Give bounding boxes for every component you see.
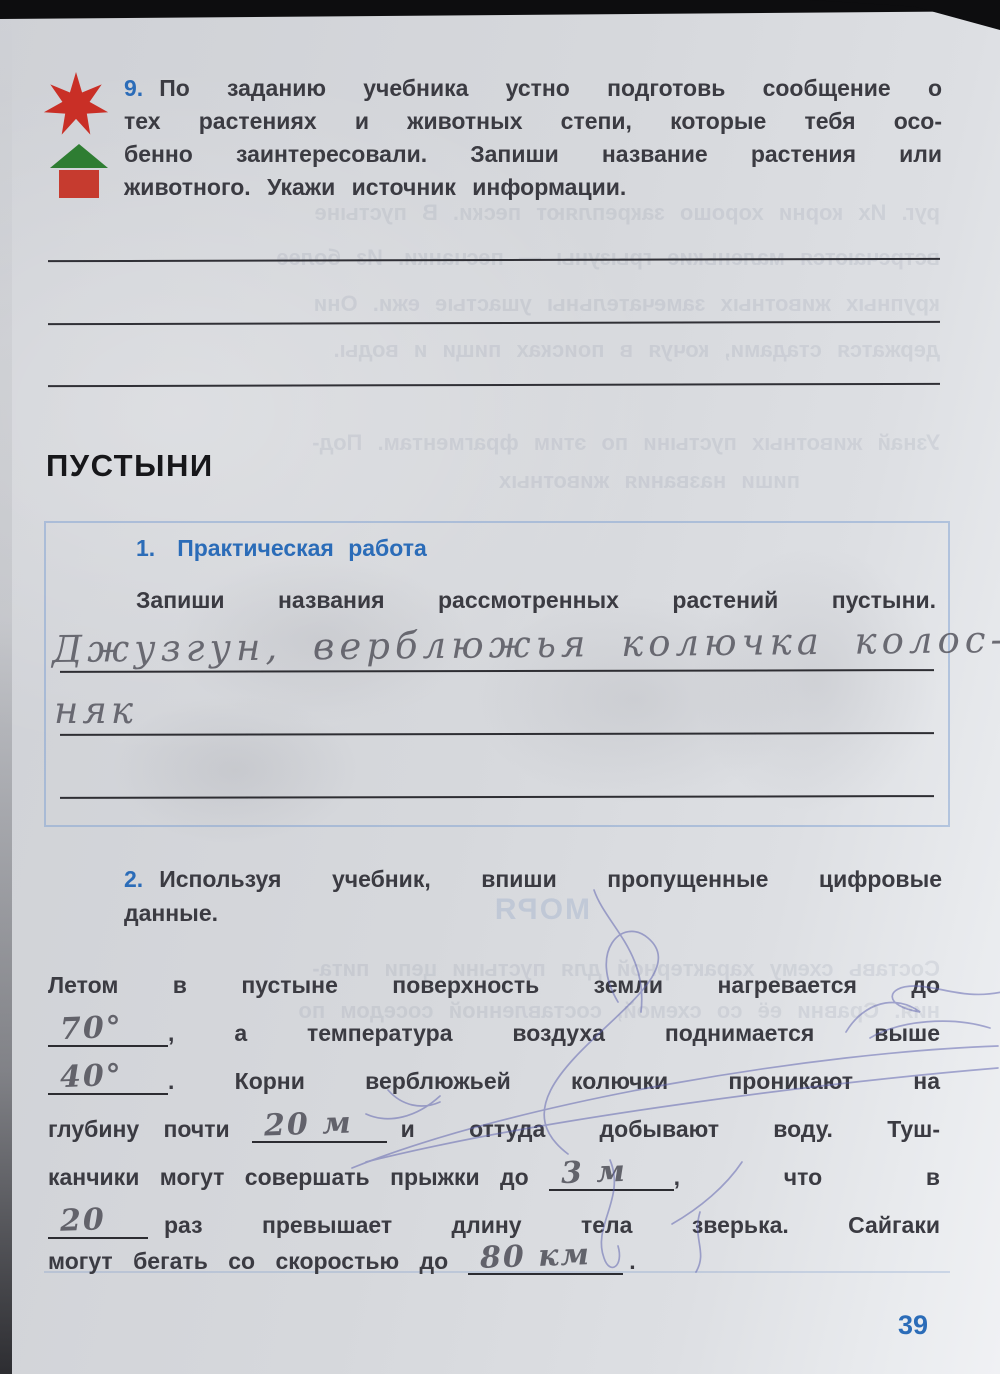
practical-work-prompt: Запиши названия рассмотренных растений п… bbox=[136, 587, 936, 614]
handwritten-value: 40° bbox=[59, 1058, 123, 1095]
task-2: 2. Используя учебник, впиши пропущенные … bbox=[124, 862, 942, 930]
bleedthrough-text: Узнай животных пустыни по этим фрагмента… bbox=[150, 430, 940, 456]
fill-line: канчики могут совершать прыжки до 3 м , … bbox=[48, 1164, 940, 1194]
handwritten-value: 20 bbox=[59, 1202, 106, 1239]
handwritten-value: 70° bbox=[59, 1010, 123, 1047]
text-segment: , а температура воздуха поднимается выше bbox=[168, 1020, 940, 1047]
text-segment: глубину почти bbox=[48, 1116, 230, 1143]
blank-ground-temperature[interactable]: 70° bbox=[48, 1039, 168, 1047]
handwritten-plant-names: Джузгун, верблюжья колючка колос- bbox=[52, 618, 1000, 671]
answer-line[interactable] bbox=[60, 669, 934, 673]
text-segment: . bbox=[629, 1248, 635, 1275]
house-icon bbox=[50, 144, 108, 203]
practical-work-box: 1. Практическая работа Запиши названия р… bbox=[44, 521, 950, 827]
practical-work-title: 1. Практическая работа bbox=[136, 535, 427, 562]
task-text: данные. bbox=[124, 896, 942, 930]
text-segment: Летом в пустыне поверхность земли нагрев… bbox=[48, 972, 940, 999]
answer-line[interactable] bbox=[60, 732, 934, 736]
bleedthrough-text: крупных животных замечательны ушастые еж… bbox=[50, 291, 940, 317]
task-text: бенно заинтересовали. Запиши название ра… bbox=[124, 138, 942, 171]
blank-running-speed[interactable]: 80 км bbox=[468, 1267, 623, 1275]
fill-line: 70° , а температура воздуха поднимается … bbox=[48, 1020, 940, 1050]
scan-edge-left bbox=[0, 0, 12, 1374]
text-segment: канчики могут совершать прыжки до bbox=[48, 1164, 529, 1191]
fill-line: глубину почти 20 м и оттуда добывают вод… bbox=[48, 1116, 940, 1146]
bleedthrough-text: пиши названия животных bbox=[380, 468, 800, 494]
fill-line: 20 раз превышает длину тела зверька. Сай… bbox=[48, 1212, 940, 1242]
fill-line: могут бегать со скоростью до 80 км . bbox=[48, 1248, 940, 1278]
answer-line[interactable] bbox=[60, 795, 934, 799]
blank-air-temperature[interactable]: 40° bbox=[48, 1087, 168, 1095]
task-number: 9. bbox=[124, 72, 143, 105]
workbook-page: руг. Их корни хорошо закрепляют пески. В… bbox=[0, 0, 1000, 1374]
page-number: 39 bbox=[898, 1310, 928, 1341]
task-2-line: 2. Используя учебник, впиши пропущенные … bbox=[124, 862, 942, 896]
title-text: Практическая работа bbox=[177, 535, 427, 562]
fill-line: Летом в пустыне поверхность земли нагрев… bbox=[48, 972, 940, 1002]
blank-times-body-length[interactable]: 20 bbox=[48, 1231, 148, 1239]
handwritten-plant-names-cont: няк bbox=[54, 689, 137, 732]
scan-edge-top bbox=[0, 0, 1000, 19]
task-text: животного. Укажи источник информации. bbox=[124, 171, 942, 204]
bleedthrough-text: держатся стадами, кочуя в поисках пищи и… bbox=[50, 337, 940, 363]
text-segment: раз превышает длину тела зверька. Сайгак… bbox=[164, 1212, 940, 1239]
blank-root-depth[interactable]: 20 м bbox=[252, 1135, 387, 1143]
task-text: тех растениях и животных степи, которые … bbox=[124, 105, 942, 138]
text-segment: , что в bbox=[674, 1164, 940, 1191]
section-title: ПУСТЫНИ bbox=[46, 448, 214, 484]
task-text: Используя учебник, впиши пропущенные циф… bbox=[159, 862, 942, 896]
handwritten-value: 80 км bbox=[480, 1237, 592, 1276]
seven-point-star-icon bbox=[42, 70, 110, 145]
text-segment: . Корни верблюжьей колючки проникают на bbox=[168, 1068, 940, 1095]
task-9-line: 9. По заданию учебника устно подготовь с… bbox=[124, 72, 942, 105]
blank-jump-length[interactable]: 3 м bbox=[549, 1183, 674, 1191]
text-segment: могут бегать со скоростью до bbox=[48, 1248, 448, 1275]
task-number: 2. bbox=[124, 862, 143, 896]
task-9: 9. По заданию учебника устно подготовь с… bbox=[124, 72, 942, 204]
handwritten-value: 3 м bbox=[560, 1154, 627, 1191]
answer-line[interactable] bbox=[48, 383, 940, 387]
text-segment: и оттуда добывают воду. Туш- bbox=[401, 1116, 940, 1143]
task-text: По заданию учебника устно подготовь сооб… bbox=[159, 72, 942, 105]
answer-line[interactable] bbox=[48, 321, 940, 325]
handwritten-value: 20 м bbox=[263, 1105, 353, 1143]
fill-line: 40° . Корни верблюжьей колючки проникают… bbox=[48, 1068, 940, 1098]
task-number: 1. bbox=[136, 535, 155, 562]
